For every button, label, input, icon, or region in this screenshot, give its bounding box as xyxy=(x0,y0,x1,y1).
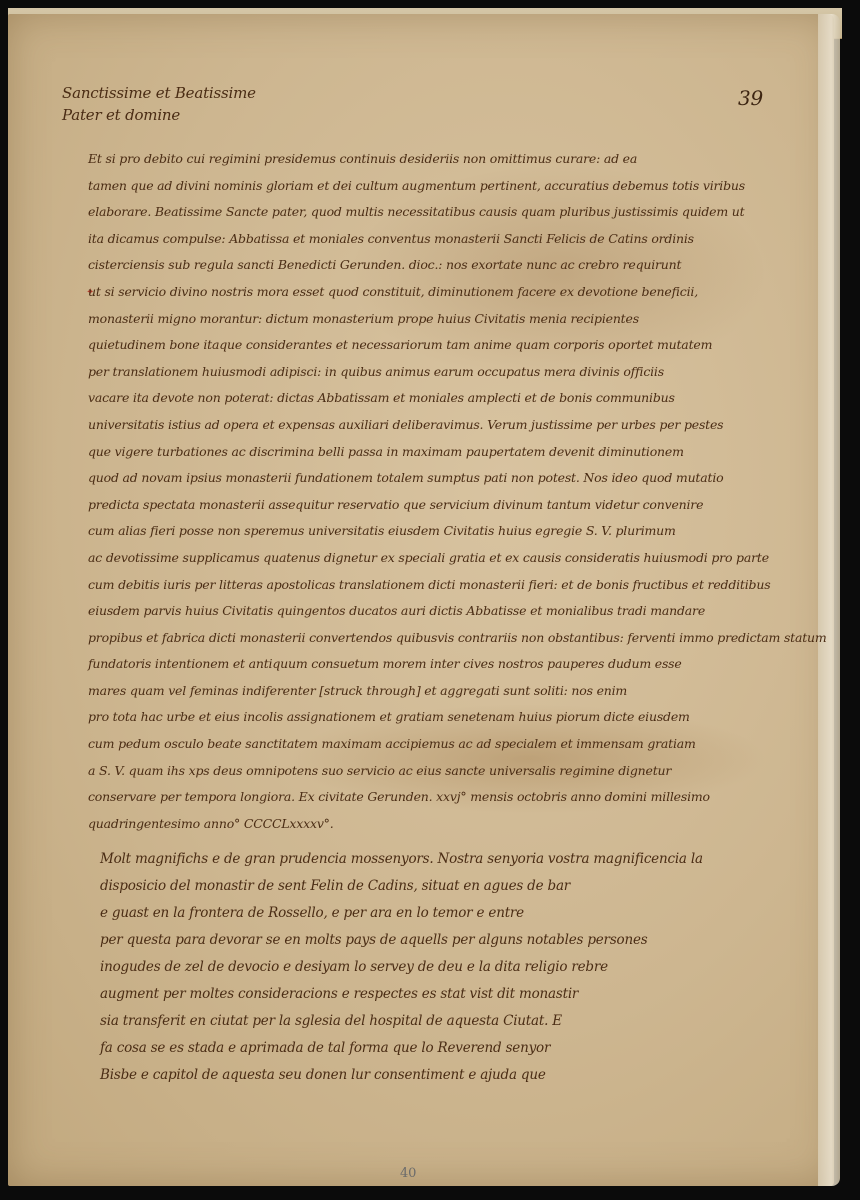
salutation-line-1: Sanctissime et Beatissime xyxy=(62,82,256,104)
catalan-line: sia transferit en ciutat per la sglesia … xyxy=(100,1008,800,1035)
latin-line: universitatis istius ad opera et expensa… xyxy=(88,412,788,439)
catalan-line: fa cosa se es stada e aprimada de tal fo… xyxy=(100,1035,800,1062)
folio-number-top: 39 xyxy=(738,86,763,110)
latin-line: ita dicamus compulse: Abbatissa et monia… xyxy=(88,226,788,253)
latin-line: Et si pro debito cui regimini presidemus… xyxy=(88,146,788,173)
salutation-line-2: Pater et domine xyxy=(62,104,256,126)
latin-line: predicta spectata monasterii assequitur … xyxy=(88,492,788,519)
latin-line: mares quam vel feminas indiferenter [str… xyxy=(88,678,788,705)
catalan-line: augment per moltes consideracions e resp… xyxy=(100,981,800,1008)
latin-line: cisterciensis sub regula sancti Benedict… xyxy=(88,252,788,279)
catalan-line: per questa para devorar se en molts pays… xyxy=(100,927,800,954)
latin-line: cum pedum osculo beate sanctitatem maxim… xyxy=(88,731,788,758)
latin-line: que vigere turbationes ac discrimina bel… xyxy=(88,439,788,466)
latin-line: quod ad novam ipsius monasterii fundatio… xyxy=(88,465,788,492)
catalan-line: Bisbe e capitol de aquesta seu donen lur… xyxy=(100,1062,800,1089)
folio-number-bottom: 40 xyxy=(400,1166,416,1181)
latin-line: cum debitis iuris per litteras apostolic… xyxy=(88,572,788,599)
latin-line: vacare ita devote non poterat: dictas Ab… xyxy=(88,385,788,412)
catalan-line: e guast en la frontera de Rossello, e pe… xyxy=(100,900,800,927)
catalan-line: disposicio del monastir de sent Felin de… xyxy=(100,873,800,900)
latin-line: propibus et fabrica dicti monasterii con… xyxy=(88,625,788,652)
latin-line: cum alias fieri posse non speremus unive… xyxy=(88,518,788,545)
latin-line: conservare per tempora longiora. Ex civi… xyxy=(88,784,788,811)
latin-line: per translationem huiusmodi adipisci: in… xyxy=(88,359,788,386)
latin-letter-body: Et si pro debito cui regimini presidemus… xyxy=(88,146,788,837)
latin-line: tamen que ad divini nominis gloriam et d… xyxy=(88,173,788,200)
latin-line: ac devotissime supplicamus quatenus dign… xyxy=(88,545,788,572)
catalan-letter-body: Molt magnifichs e de gran prudencia moss… xyxy=(100,846,800,1089)
catalan-line: inogudes de zel de devocio e desiyam lo … xyxy=(100,954,800,981)
latin-line: pro tota hac urbe et eius incolis assign… xyxy=(88,704,788,731)
latin-line: quietudinem bone itaque considerantes et… xyxy=(88,332,788,359)
catalan-line: Molt magnifichs e de gran prudencia moss… xyxy=(100,846,800,873)
latin-line: eiusdem parvis huius Civitatis quingento… xyxy=(88,598,788,625)
latin-line: a S. V. quam ihs xps deus omnipotens suo… xyxy=(88,758,788,785)
latin-line: monasterii migno morantur: dictum monast… xyxy=(88,306,788,333)
latin-line: fundatoris intentionem et antiquum consu… xyxy=(88,651,788,678)
salutation: Sanctissime et Beatissime Pater et domin… xyxy=(62,82,256,126)
latin-line: ut si servicio divino nostris mora esset… xyxy=(88,279,788,306)
latin-line: elaborare. Beatissime Sancte pater, quod… xyxy=(88,199,788,226)
latin-dateline: quadringentesimo anno° CCCCLxxxxv°. xyxy=(88,811,788,838)
